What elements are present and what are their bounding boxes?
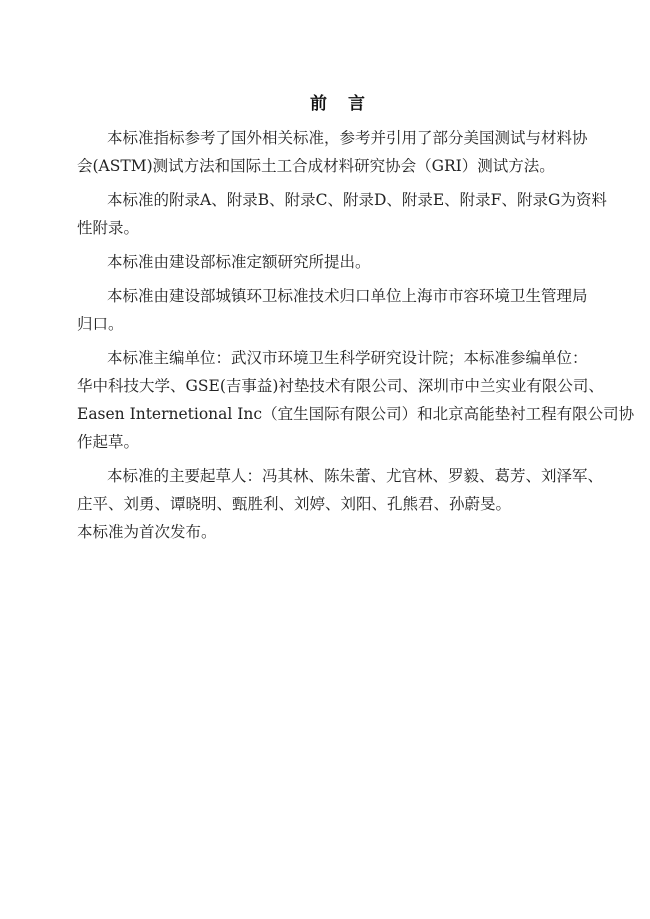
paragraph-drafting-units: 本标准主编单位：武汉市环境卫生科学研究设计院；本标准参编单位： 华中科技大学、G… [77, 344, 587, 456]
paragraph-proposer: 本标准由建设部标准定额研究所提出。 [77, 248, 587, 276]
paragraph-line: 庄平、刘勇、谭晓明、甄胜利、刘婷、刘阳、孔熊君、孙蔚旻。 [77, 490, 587, 518]
paragraph-line: 本标准由建设部标准定额研究所提出。 [77, 248, 587, 276]
paragraph-line: 华中科技大学、GSE(吉事益)衬垫技术有限公司、深圳市中兰实业有限公司、 [77, 372, 587, 400]
paragraph-line: 本标准的附录A、附录B、附录C、附录D、附录E、附录F、附录G为资料 [77, 186, 587, 214]
paragraph-appendices: 本标准的附录A、附录B、附录C、附录D、附录E、附录F、附录G为资料 性附录。 [77, 186, 587, 242]
paragraph-line: 本标准为首次发布。 [77, 518, 587, 546]
paragraph-line: 本标准主编单位：武汉市环境卫生科学研究设计院；本标准参编单位： [77, 344, 587, 372]
document-page: 前言 本标准指标参考了国外相关标准，参考并引用了部分美国测试与材料协 会(AST… [0, 0, 650, 919]
page-title: 前言 [0, 89, 650, 114]
paragraph-line: 性附录。 [77, 214, 587, 242]
paragraph-line: 归口。 [77, 310, 587, 338]
paragraph-responsible-unit: 本标准由建设部城镇环卫标准技术归口单位上海市市容环境卫生管理局 归口。 [77, 282, 587, 338]
paragraph-line: Easen Internetional Inc（宜生国际有限公司）和北京高能垫衬… [77, 400, 587, 428]
paragraph-references: 本标准指标参考了国外相关标准，参考并引用了部分美国测试与材料协 会(ASTM)测… [77, 124, 587, 180]
paragraph-line: 本标准指标参考了国外相关标准，参考并引用了部分美国测试与材料协 [77, 124, 587, 152]
document-body: 本标准指标参考了国外相关标准，参考并引用了部分美国测试与材料协 会(ASTM)测… [77, 124, 587, 552]
paragraph-drafters: 本标准的主要起草人：冯其林、陈朱蕾、尤官林、罗毅、葛芳、刘泽军、 庄平、刘勇、谭… [77, 462, 587, 518]
title-char-2: 言 [348, 94, 366, 114]
paragraph-line: 作起草。 [77, 428, 587, 456]
paragraph-line: 本标准的主要起草人：冯其林、陈朱蕾、尤官林、罗毅、葛芳、刘泽军、 [77, 462, 587, 490]
paragraph-line: 本标准由建设部城镇环卫标准技术归口单位上海市市容环境卫生管理局 [77, 282, 587, 310]
paragraph-line: 会(ASTM)测试方法和国际土工合成材料研究协会（GRI）测试方法。 [77, 152, 587, 180]
paragraph-first-release: 本标准为首次发布。 [77, 518, 587, 546]
title-char-1: 前 [310, 94, 328, 114]
